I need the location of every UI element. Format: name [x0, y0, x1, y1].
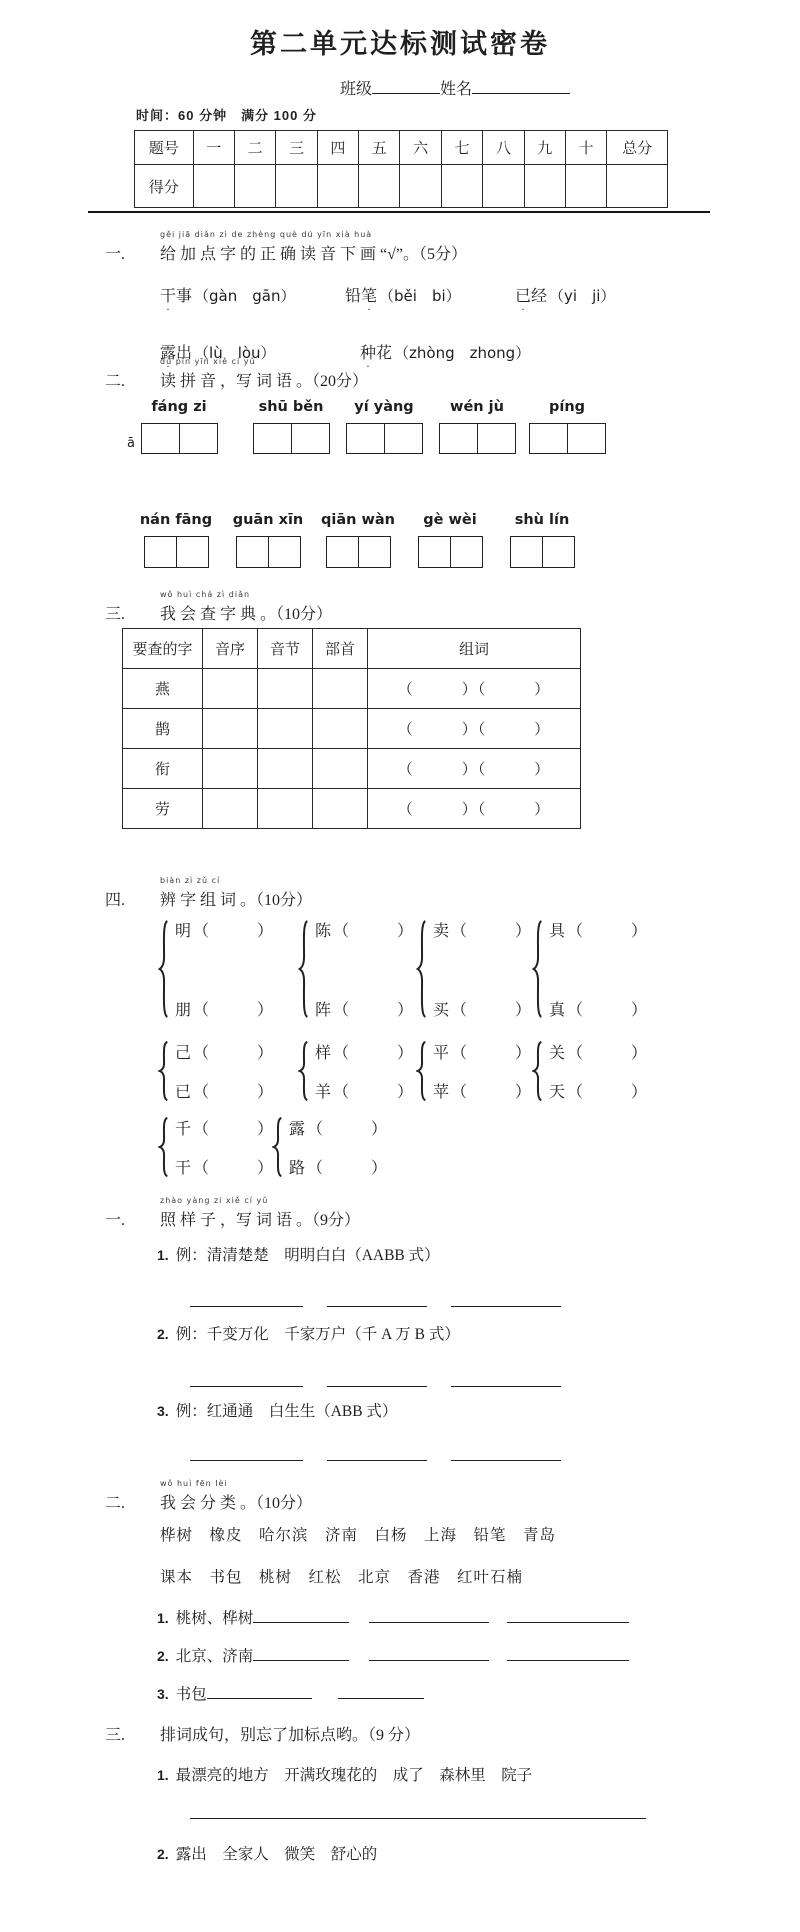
- pair-char: 买: [433, 1002, 449, 1019]
- q7-number: 三.: [105, 1722, 125, 1745]
- word-blank: （ ）: [451, 1002, 531, 1019]
- item-text: 例：清清楚楚 明明白白（AABB 式）: [176, 1247, 440, 1264]
- dict-cell-empty: [203, 709, 258, 749]
- q5-item: 1.例：清清楚楚 明明白白（AABB 式）: [157, 1243, 440, 1265]
- time-score-info: 时间：60 分钟 满分 100 分: [136, 105, 317, 124]
- q4-number: 四.: [105, 887, 125, 910]
- dict-header-cell: 要查的字: [123, 629, 203, 669]
- confusable-pair: 千（ ） 干（ ）: [158, 1116, 273, 1178]
- dict-header-cell: 音序: [203, 629, 258, 669]
- blank-line: [507, 1611, 629, 1623]
- word-blank: （ ）: [451, 923, 531, 940]
- score-header-cell: 七: [441, 131, 482, 165]
- stray-pinyin-prefix: ā: [127, 436, 135, 451]
- score-cell-empty: [276, 165, 317, 208]
- word-bank-row: 课本 书包 桃树 红松 北京 香港 红叶石楠: [160, 1565, 523, 1587]
- char-box: [567, 423, 606, 454]
- answer-blanks: [190, 1446, 561, 1461]
- score-cell-empty: [400, 165, 441, 208]
- dict-cell-empty: [258, 669, 313, 709]
- score-header-cell: 九: [524, 131, 565, 165]
- item-number: 2.: [157, 1846, 169, 1862]
- score-header-cell: 二: [234, 131, 275, 165]
- dict-char: 衔: [123, 749, 203, 789]
- class-label: 班级: [340, 81, 372, 98]
- char-box: [450, 536, 483, 568]
- item-text: 北京、济南: [176, 1648, 254, 1665]
- dict-char: 鹊: [123, 709, 203, 749]
- q6-number: 二.: [105, 1490, 125, 1513]
- dict-row: 衔 （ ）（ ）: [123, 749, 581, 789]
- pinyin-word-unit: shù lín: [502, 512, 582, 568]
- brace-icon: [298, 1040, 309, 1102]
- q4-pinyin: biàn zì zǔ cí: [160, 876, 220, 885]
- item-text: 例：千变万化 千家万户（千 A 万 B 式）: [176, 1326, 460, 1343]
- write-boxes: [139, 423, 219, 454]
- pair-char: 羊: [315, 1084, 331, 1101]
- dict-cell-empty: [203, 669, 258, 709]
- char-box: [144, 536, 177, 568]
- word-blank: （ ）: [193, 923, 273, 940]
- pair-char: 阵: [315, 1002, 331, 1019]
- word-part: 铅: [345, 288, 361, 305]
- pinyin-label: yí yàng: [344, 399, 424, 423]
- q6-item: 2.北京、济南: [157, 1644, 629, 1666]
- pair-char: 具: [549, 923, 565, 940]
- word-blank: （ ）: [333, 1045, 413, 1062]
- pair-char: 真: [549, 1002, 565, 1019]
- blank-line: [507, 1649, 629, 1661]
- q3-number: 三.: [105, 601, 125, 624]
- pair-char: 卖: [433, 923, 449, 940]
- name-label: 姓名: [440, 81, 472, 98]
- char-box: [253, 423, 292, 454]
- q1-item: 已经（yi ji）: [515, 283, 615, 306]
- q7-item: 2.露出 全家人 微笑 舒心的: [157, 1842, 377, 1864]
- pinyin-label: guān xīn: [228, 512, 308, 536]
- dict-char: 劳: [123, 789, 203, 829]
- word-blank: （ ）: [193, 1160, 273, 1177]
- score-header-cell: 四: [317, 131, 358, 165]
- pinyin-label: fáng zi: [139, 399, 219, 423]
- score-cell-empty: [359, 165, 400, 208]
- word-blank: （ ）: [333, 923, 413, 940]
- q3-title: 我 会 查 字 典 。（10分）: [160, 601, 332, 624]
- item-text: 桃树、桦树: [176, 1610, 254, 1627]
- word-blank: （ ）: [451, 1084, 531, 1101]
- blank-line: [327, 1292, 427, 1307]
- name-blank: [472, 79, 570, 94]
- pinyin-word-unit: guān xīn: [228, 512, 308, 568]
- dict-cell-empty: [313, 749, 368, 789]
- dict-row: 鹊 （ ）（ ）: [123, 709, 581, 749]
- pair-char: 陈: [315, 923, 331, 940]
- brace-icon: [272, 1116, 283, 1178]
- item-text: 例：红通通 白生生（ABB 式）: [176, 1403, 398, 1420]
- blank-line: [327, 1446, 427, 1461]
- brace-icon: [532, 918, 543, 1020]
- q5-item: 3.例：红通通 白生生（ABB 式）: [157, 1399, 397, 1421]
- q1-number: 一.: [105, 241, 125, 264]
- pair-char: 样: [315, 1045, 331, 1062]
- q5-pinyin: zhào yàng zi xiě cí yǔ: [160, 1196, 268, 1205]
- page-title: 第二单元达标测试密卷: [0, 22, 800, 61]
- score-cell-empty: [607, 165, 668, 208]
- char-box: [477, 423, 516, 454]
- dict-row: 劳 （ ）（ ）: [123, 789, 581, 829]
- pinyin-word-unit: yí yàng: [344, 399, 424, 454]
- pair-char: 朋: [175, 1002, 191, 1019]
- confusable-pair: 明（ ） 朋（ ）: [158, 918, 273, 1020]
- pinyin-label: shù lín: [502, 512, 582, 536]
- blank-line: [190, 1372, 303, 1387]
- blank-line: [338, 1687, 424, 1699]
- score-cell-empty: [193, 165, 234, 208]
- dict-header-cell: 音节: [258, 629, 313, 669]
- pinyin-choices: （běi bi）: [379, 287, 461, 305]
- dict-header-cell: 组词: [368, 629, 581, 669]
- blank-line: [327, 1372, 427, 1387]
- dict-zuci-blanks: （ ）（ ）: [368, 709, 581, 749]
- confusable-pair: 陈（ ） 阵（ ）: [298, 918, 413, 1020]
- pinyin-label: qiān wàn: [318, 512, 398, 536]
- item-text: 书包: [176, 1686, 207, 1703]
- write-boxes: [318, 536, 398, 568]
- blank-line: [253, 1649, 349, 1661]
- pinyin-label: gè wèi: [410, 512, 490, 536]
- char-box: [529, 423, 568, 454]
- word-blank: （ ）: [567, 923, 647, 940]
- write-boxes: [437, 423, 517, 454]
- char-box: [346, 423, 385, 454]
- item-number: 1.: [157, 1610, 169, 1626]
- dict-header-cell: 部首: [313, 629, 368, 669]
- item-text: 最漂亮的地方 开满玫瑰花的 成了 森林里 院子: [176, 1767, 533, 1784]
- dict-cell-empty: [313, 709, 368, 749]
- score-cell-empty: [524, 165, 565, 208]
- pair-char: 干: [175, 1160, 191, 1177]
- q1-title: 给 加 点 字 的 正 确 读 音 下 画 “√”。（5分）: [160, 241, 467, 264]
- pinyin-word-unit: shū běn: [251, 399, 331, 454]
- confusable-pair: 样（ ） 羊（ ）: [298, 1040, 413, 1102]
- word-blank: （ ）: [451, 1045, 531, 1062]
- q1-item: 种花（zhòng zhong）: [360, 340, 530, 363]
- char-box: [179, 423, 218, 454]
- write-boxes: [136, 536, 216, 568]
- score-table: 题号 一 二 三 四 五 六 七 八 九 十 总分 得分: [134, 130, 668, 208]
- score-header-cell: 总分: [607, 131, 668, 165]
- pair-char: 露: [289, 1121, 305, 1138]
- dict-row: 燕 （ ）（ ）: [123, 669, 581, 709]
- score-header-cell: 六: [400, 131, 441, 165]
- q2-number: 二.: [105, 368, 125, 391]
- brace-icon: [532, 1040, 543, 1102]
- dotted-char: 干: [160, 283, 176, 306]
- dotted-char: 笔: [361, 283, 377, 306]
- q6-pinyin: wǒ huì fēn lèi: [160, 1479, 228, 1488]
- char-box: [384, 423, 423, 454]
- dict-cell-empty: [258, 709, 313, 749]
- word-blank: （ ）: [193, 1045, 273, 1062]
- score-cell-empty: [565, 165, 606, 208]
- brace-icon: [416, 918, 427, 1020]
- dotted-char: 种: [360, 340, 376, 363]
- write-boxes: [527, 423, 607, 454]
- answer-line: [190, 1804, 646, 1819]
- score-table-header-row: 题号 一 二 三 四 五 六 七 八 九 十 总分: [135, 131, 668, 165]
- word-blank: （ ）: [567, 1002, 647, 1019]
- char-box: [141, 423, 180, 454]
- pair-char: 明: [175, 923, 191, 940]
- test-paper-page: { "header": { "title": "第二单元达标测试密卷", "cl…: [0, 0, 800, 1932]
- item-number: 1.: [157, 1247, 169, 1263]
- item-number: 1.: [157, 1767, 169, 1783]
- char-box: [268, 536, 301, 568]
- blank-line: [369, 1611, 489, 1623]
- word-bank-row: 桦树 橡皮 哈尔滨 济南 白杨 上海 铅笔 青岛: [160, 1523, 556, 1545]
- q1-item: 干事（gàn gān）: [160, 283, 295, 306]
- blank-line: [369, 1649, 489, 1661]
- q3-pinyin: wǒ huì chá zì diǎn: [160, 590, 250, 599]
- char-box: [291, 423, 330, 454]
- q1-pinyin: gěi jiā diǎn zì de zhèng què dú yīn xià …: [160, 230, 372, 239]
- brace-icon: [298, 918, 309, 1020]
- dict-cell-empty: [313, 789, 368, 829]
- char-box: [358, 536, 391, 568]
- q2-title: 读 拼 音 ，写 词 语 。（20分）: [160, 368, 368, 391]
- class-blank: [372, 79, 440, 94]
- dict-zuci-blanks: （ ）（ ）: [368, 789, 581, 829]
- pinyin-choices: （gàn gān）: [194, 287, 295, 305]
- word-blank: （ ）: [333, 1002, 413, 1019]
- score-cell-empty: [234, 165, 275, 208]
- char-box: [326, 536, 359, 568]
- header-divider: [88, 211, 710, 213]
- score-header-cell: 十: [565, 131, 606, 165]
- pair-char: 路: [289, 1160, 305, 1177]
- brace-icon: [416, 1040, 427, 1102]
- confusable-pair: 露（ ） 路（ ）: [272, 1116, 387, 1178]
- score-header-cell: 八: [483, 131, 524, 165]
- write-boxes: [251, 423, 331, 454]
- class-name-line: 班级姓名: [340, 76, 570, 99]
- item-number: 3.: [157, 1403, 169, 1419]
- pinyin-word-unit: qiān wàn: [318, 512, 398, 568]
- dict-cell-empty: [203, 749, 258, 789]
- char-box: [176, 536, 209, 568]
- dict-cell-empty: [313, 669, 368, 709]
- char-box: [418, 536, 451, 568]
- item-number: 2.: [157, 1326, 169, 1342]
- q5-item: 2.例：千变万化 千家万户（千 A 万 B 式）: [157, 1322, 460, 1344]
- blank-line: [451, 1292, 561, 1307]
- word-blank: （ ）: [307, 1160, 387, 1177]
- score-header-cell: 五: [359, 131, 400, 165]
- word-part: 经: [531, 288, 547, 305]
- pinyin-word-unit: gè wèi: [410, 512, 490, 568]
- dict-zuci-blanks: （ ）（ ）: [368, 669, 581, 709]
- pair-char: 千: [175, 1121, 191, 1138]
- q7-title: 排词成句，别忘了加标点哟。（9 分）: [160, 1722, 420, 1745]
- pair-char: 苹: [433, 1084, 449, 1101]
- write-boxes: [228, 536, 308, 568]
- score-cell-empty: [441, 165, 482, 208]
- confusable-pair: 平（ ） 苹（ ）: [416, 1040, 531, 1102]
- pinyin-label: nán fāng: [136, 512, 216, 536]
- item-text: 露出 全家人 微笑 舒心的: [176, 1846, 378, 1863]
- pinyin-choices: （zhòng zhong）: [394, 344, 530, 362]
- item-number: 2.: [157, 1648, 169, 1664]
- score-row-label: 得分: [135, 165, 194, 208]
- pinyin-choices: （yi ji）: [549, 287, 615, 305]
- blank-line: [190, 1446, 303, 1461]
- word-part: 花: [376, 345, 392, 362]
- word-blank: （ ）: [193, 1121, 273, 1138]
- word-blank: （ ）: [567, 1045, 647, 1062]
- dict-char: 燕: [123, 669, 203, 709]
- answer-blanks: [190, 1372, 561, 1387]
- pair-char: 平: [433, 1045, 449, 1062]
- q7-item: 1.最漂亮的地方 开满玫瑰花的 成了 森林里 院子: [157, 1763, 532, 1785]
- char-box: [236, 536, 269, 568]
- q4-title: 辨 字 组 词 。（10分）: [160, 887, 312, 910]
- dict-cell-empty: [258, 789, 313, 829]
- score-header-cell: 一: [193, 131, 234, 165]
- pair-char: 己: [175, 1045, 191, 1062]
- dict-cell-empty: [258, 749, 313, 789]
- write-boxes: [344, 423, 424, 454]
- write-boxes: [502, 536, 582, 568]
- item-number: 3.: [157, 1686, 169, 1702]
- q6-item: 1.桃树、桦树: [157, 1606, 629, 1628]
- brace-icon: [158, 1040, 169, 1102]
- blank-line: [253, 1611, 349, 1623]
- confusable-pair: 具（ ） 真（ ）: [532, 918, 647, 1020]
- q5-title: 照 样 子 ，写 词 语 。（9分）: [160, 1207, 360, 1230]
- blank-line: [207, 1687, 312, 1699]
- blank-line: [451, 1446, 561, 1461]
- word-blank: （ ）: [567, 1084, 647, 1101]
- q1-item: 铅笔（běi bi）: [345, 283, 461, 306]
- dict-cell-empty: [203, 789, 258, 829]
- blank-line: [190, 1292, 303, 1307]
- answer-blanks: [190, 1292, 561, 1307]
- brace-icon: [158, 1116, 169, 1178]
- score-cell-empty: [317, 165, 358, 208]
- pinyin-label: wén jù: [437, 399, 517, 423]
- blank-line: [451, 1372, 561, 1387]
- confusable-pair: 关（ ） 天（ ）: [532, 1040, 647, 1102]
- word-blank: （ ）: [193, 1002, 273, 1019]
- q5-number: 一.: [105, 1207, 125, 1230]
- dict-header-row: 要查的字 音序 音节 部首 组词: [123, 629, 581, 669]
- pair-char: 天: [549, 1084, 565, 1101]
- brace-icon: [158, 918, 169, 1020]
- score-header-cell: 题号: [135, 131, 194, 165]
- char-box: [439, 423, 478, 454]
- pinyin-word-unit: fáng zi: [139, 399, 219, 454]
- score-cell-empty: [483, 165, 524, 208]
- score-header-cell: 三: [276, 131, 317, 165]
- word-part: 事: [176, 288, 192, 305]
- word-blank: （ ）: [333, 1084, 413, 1101]
- dotted-char: 已: [515, 283, 531, 306]
- dict-zuci-blanks: （ ）（ ）: [368, 749, 581, 789]
- pinyin-word-unit: píng: [527, 399, 607, 454]
- pinyin-label: shū běn: [251, 399, 331, 423]
- q6-title: 我 会 分 类 。（10分）: [160, 1490, 312, 1513]
- char-box: [510, 536, 543, 568]
- write-boxes: [410, 536, 490, 568]
- confusable-pair: 卖（ ） 买（ ）: [416, 918, 531, 1020]
- pinyin-label: píng: [527, 399, 607, 423]
- pinyin-word-unit: nán fāng: [136, 512, 216, 568]
- pair-char: 关: [549, 1045, 565, 1062]
- pair-char: 已: [175, 1084, 191, 1101]
- word-blank: （ ）: [307, 1121, 387, 1138]
- q6-item: 3.书包: [157, 1682, 424, 1704]
- word-blank: （ ）: [193, 1084, 273, 1101]
- char-box: [542, 536, 575, 568]
- q2-pinyin: dú pīn yīn xiě cí yǔ: [160, 357, 256, 366]
- confusable-pair: 己（ ） 已（ ）: [158, 1040, 273, 1102]
- dictionary-table: 要查的字 音序 音节 部首 组词 燕 （ ）（ ） 鹊 （ ）（ ） 衔 （ ）…: [122, 628, 581, 829]
- score-table-score-row: 得分: [135, 165, 668, 208]
- pinyin-word-unit: wén jù: [437, 399, 517, 454]
